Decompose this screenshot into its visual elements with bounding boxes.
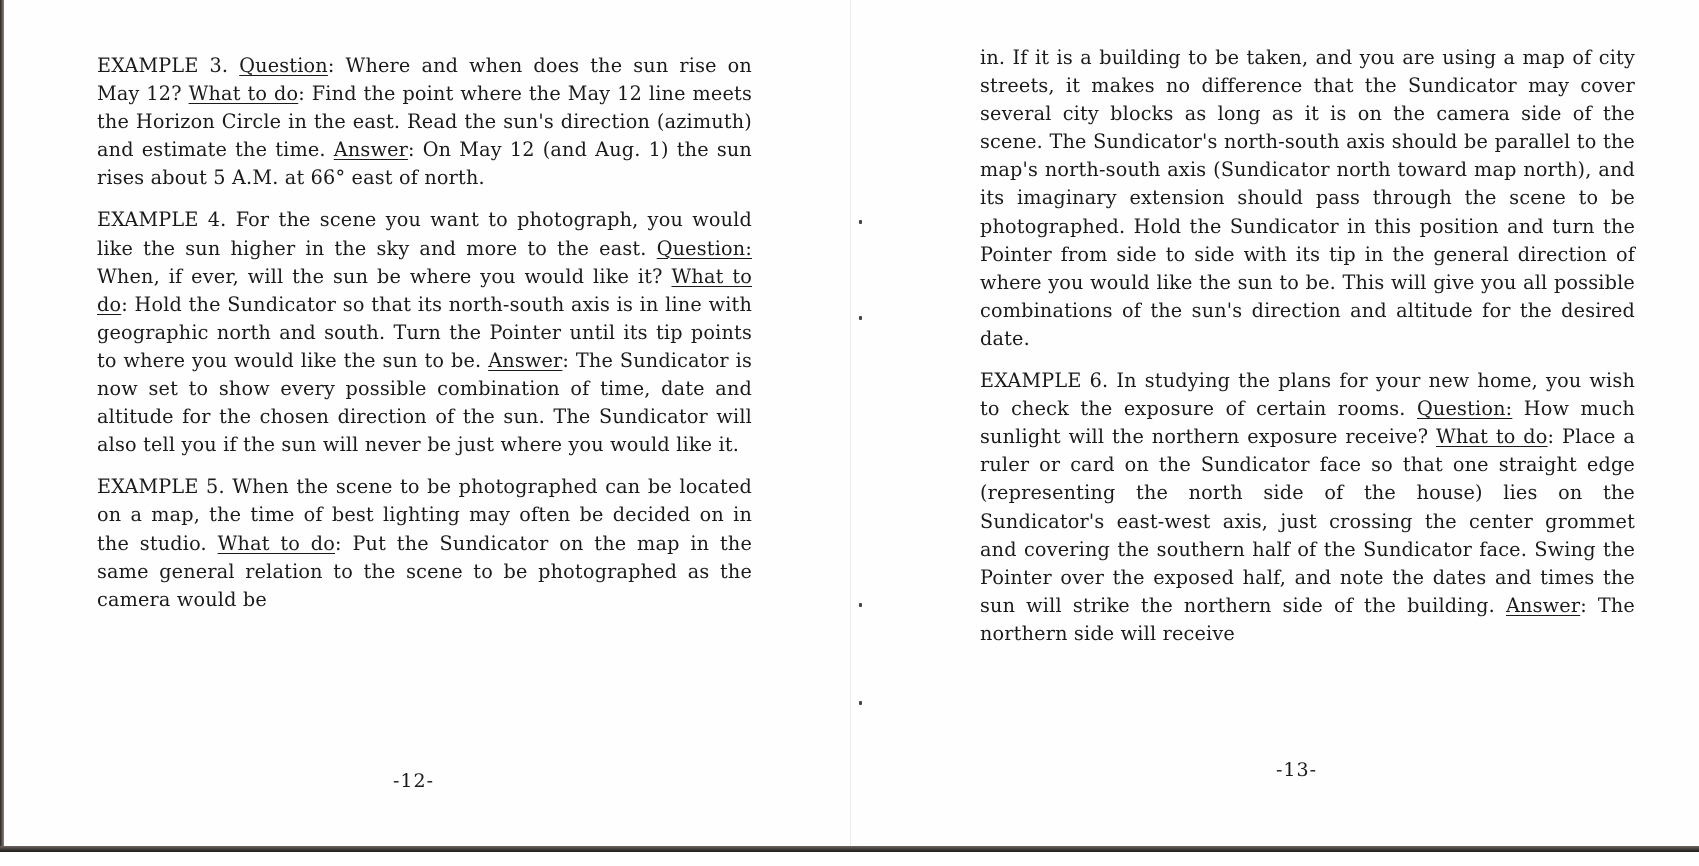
page-13-text: in. If it is a building to be taken, and… — [980, 44, 1635, 662]
page-12-text: EXAMPLE 3. Question: Where and when does… — [97, 52, 752, 628]
scan-background — [0, 852, 1699, 866]
page-13: in. If it is a building to be taken, and… — [850, 0, 1699, 846]
underlined-label: Answer — [1506, 594, 1580, 617]
underlined-label: What to do — [1436, 425, 1548, 448]
paragraph-example-5-cont: in. If it is a building to be taken, and… — [980, 44, 1635, 353]
underlined-label: Question — [239, 54, 328, 77]
body-text: EXAMPLE 4. For the scene you want to pho… — [97, 208, 752, 259]
underlined-label: Answer — [334, 138, 408, 161]
paragraph-example-3: EXAMPLE 3. Question: Where and when does… — [97, 52, 752, 192]
underlined-label: Question: — [1417, 397, 1512, 420]
body-text: : Place a ruler or card on the Sundicato… — [980, 425, 1635, 617]
page-number-12: -12- — [393, 770, 434, 792]
book-spread: EXAMPLE 3. Question: Where and when does… — [0, 0, 1699, 866]
page-number-13: -13- — [1276, 759, 1317, 781]
paragraph-example-6: EXAMPLE 6. In studying the plans for you… — [980, 367, 1635, 648]
paragraph-example-4: EXAMPLE 4. For the scene you want to pho… — [97, 206, 752, 459]
underlined-label: What to do — [189, 82, 299, 105]
underlined-label: What to do — [218, 532, 335, 555]
underlined-label: Answer — [488, 349, 562, 372]
body-text: in. If it is a building to be taken, and… — [980, 46, 1635, 350]
underlined-label: Question: — [657, 237, 752, 260]
body-text: When, if ever, will the sun be where you… — [97, 265, 671, 288]
paragraph-example-5: EXAMPLE 5. When the scene to be photogra… — [97, 473, 752, 613]
page-12: EXAMPLE 3. Question: Where and when does… — [0, 0, 850, 846]
body-text: EXAMPLE 3. — [97, 54, 239, 77]
